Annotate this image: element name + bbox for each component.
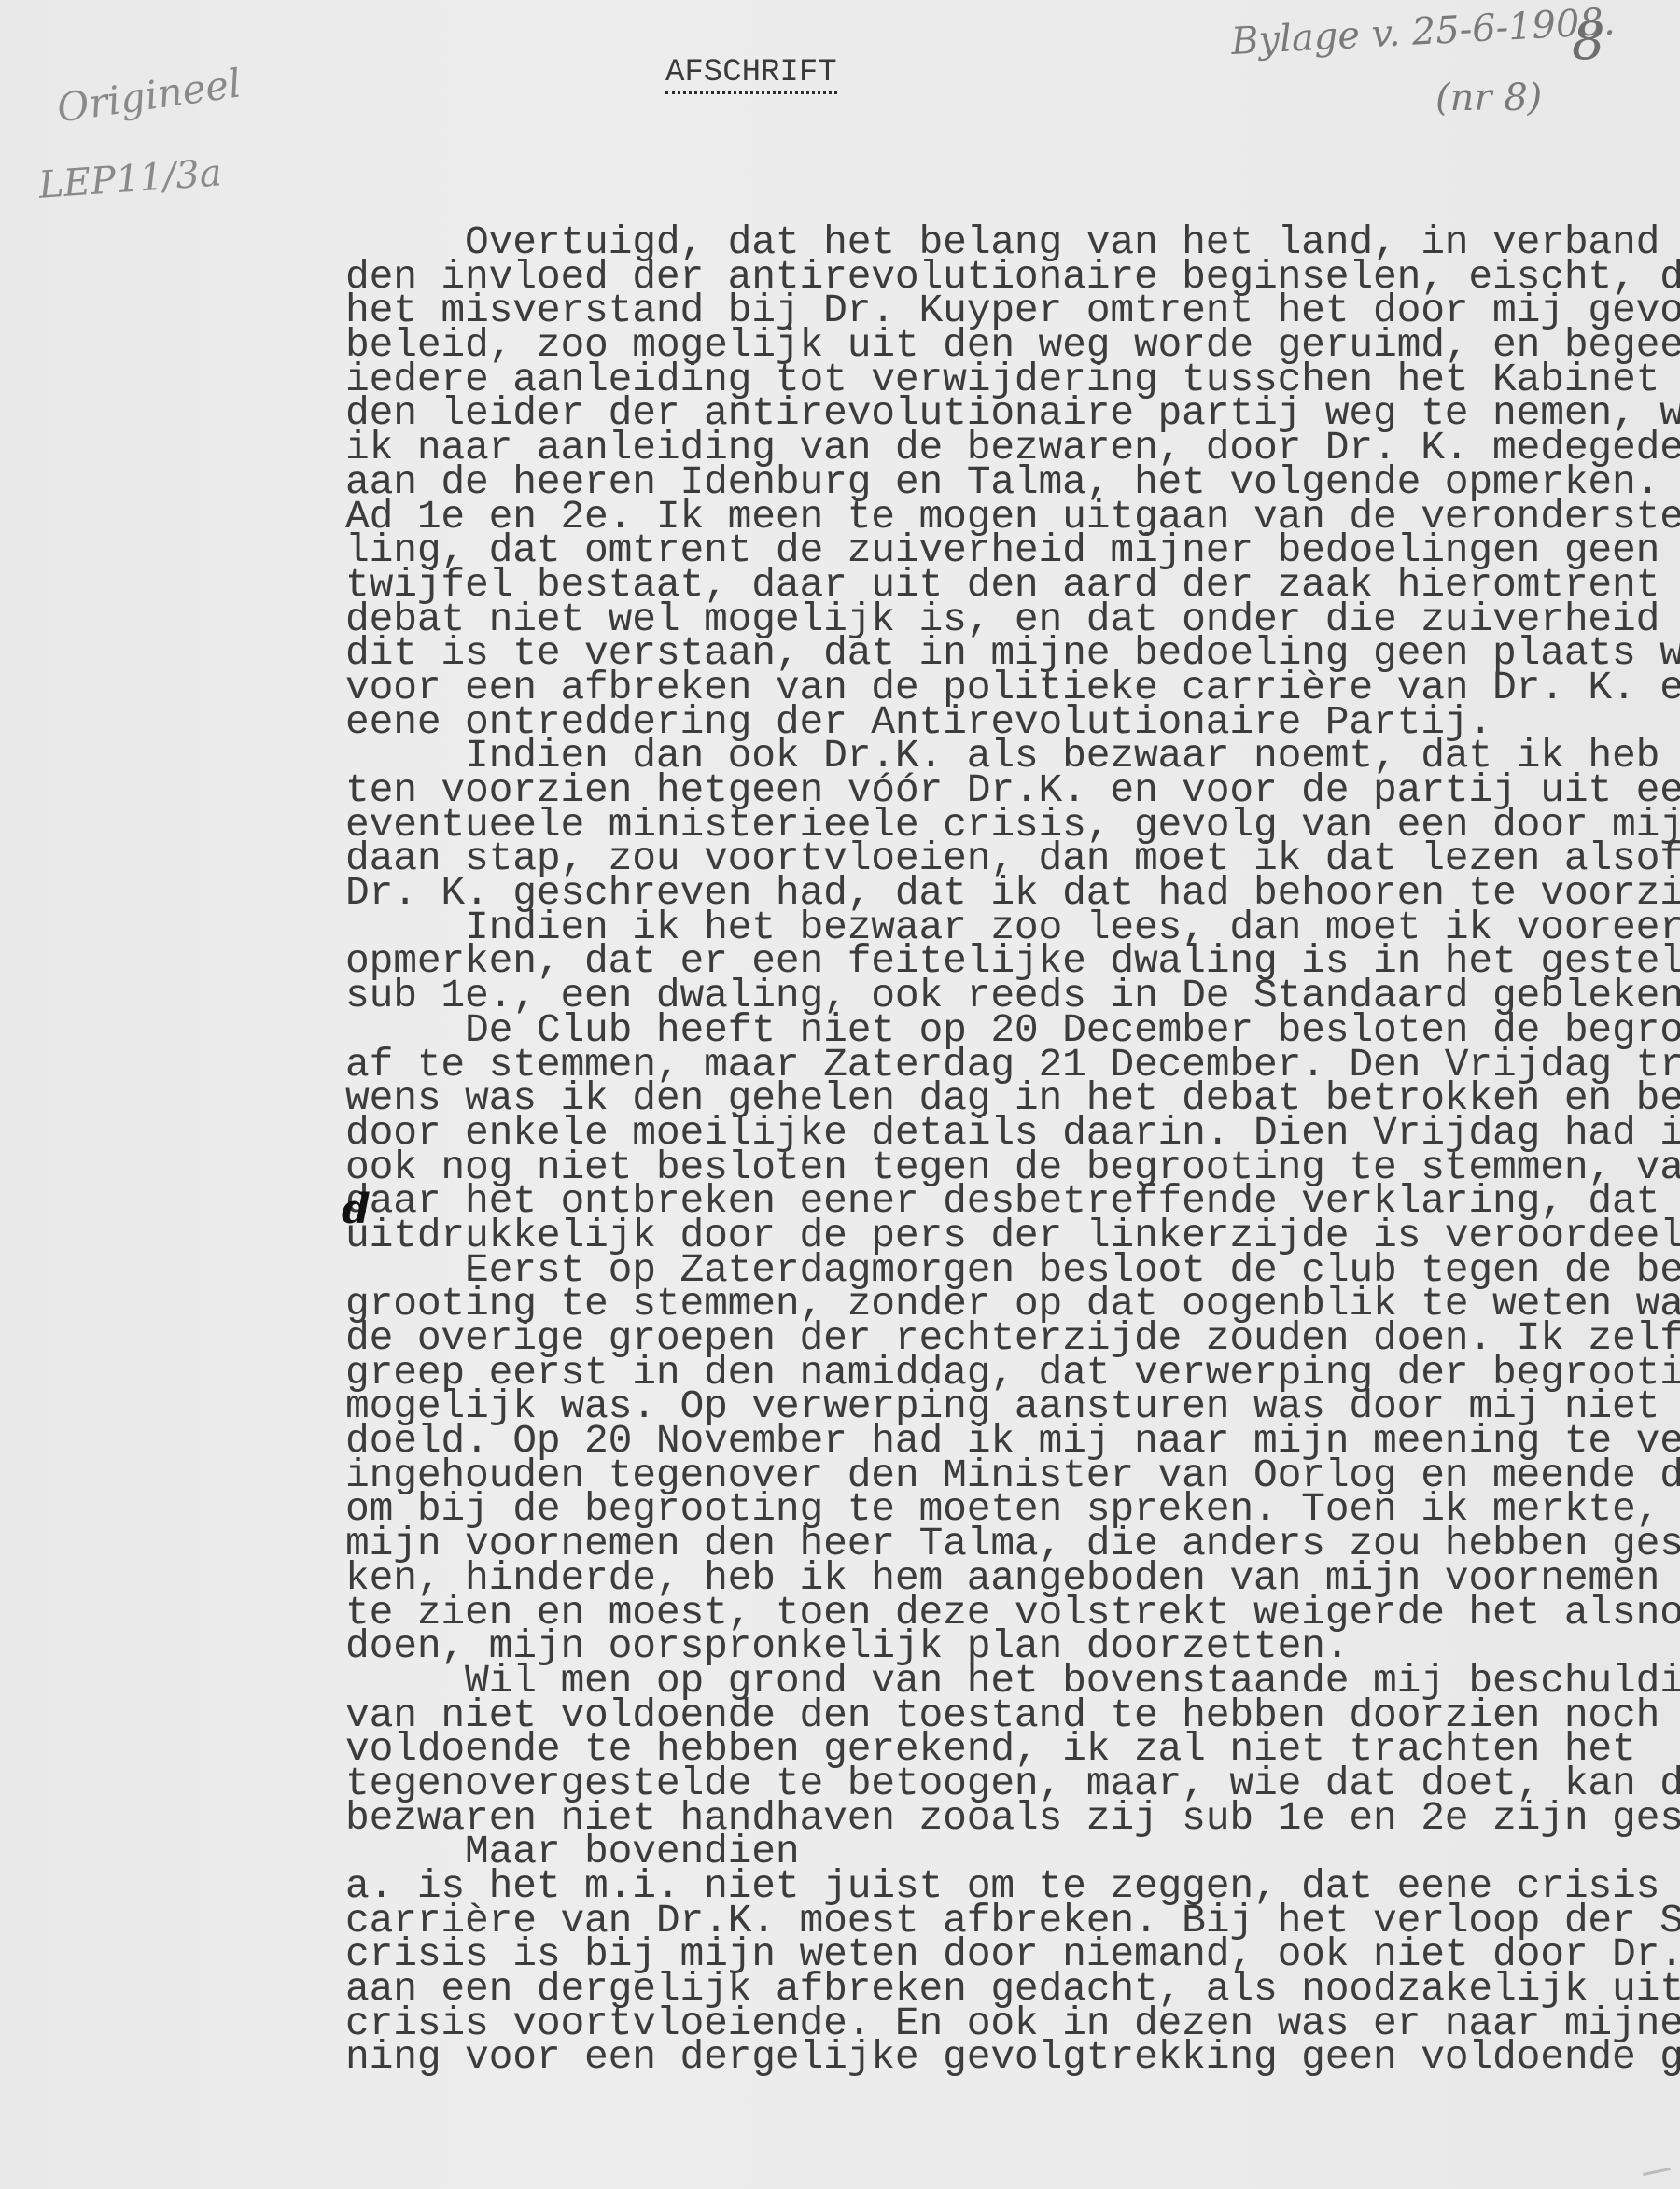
handwritten-page-marker: 8 bbox=[1572, 11, 1605, 72]
document-page: Origineel LEP11/3a Bylage v. 25-6-1908. … bbox=[0, 0, 1680, 2189]
handwritten-archive-code: LEP11/3a bbox=[37, 151, 223, 207]
document-title: AFSCHRIFT bbox=[665, 56, 837, 94]
document-body: Overtuigd, dat het belang van het land, … bbox=[345, 226, 1671, 2075]
handwritten-bijlage-date: Bylage v. 25-6-1908. bbox=[1230, 0, 1617, 63]
text-line: ning voor een dergelijke gevolgtrekking … bbox=[345, 2041, 1671, 2075]
handwritten-annotation-original: Origineel bbox=[54, 60, 244, 131]
ink-smudge bbox=[1643, 2168, 1671, 2176]
handwritten-number: (nr 8) bbox=[1435, 77, 1542, 119]
handwritten-correction: d bbox=[342, 1186, 371, 1233]
